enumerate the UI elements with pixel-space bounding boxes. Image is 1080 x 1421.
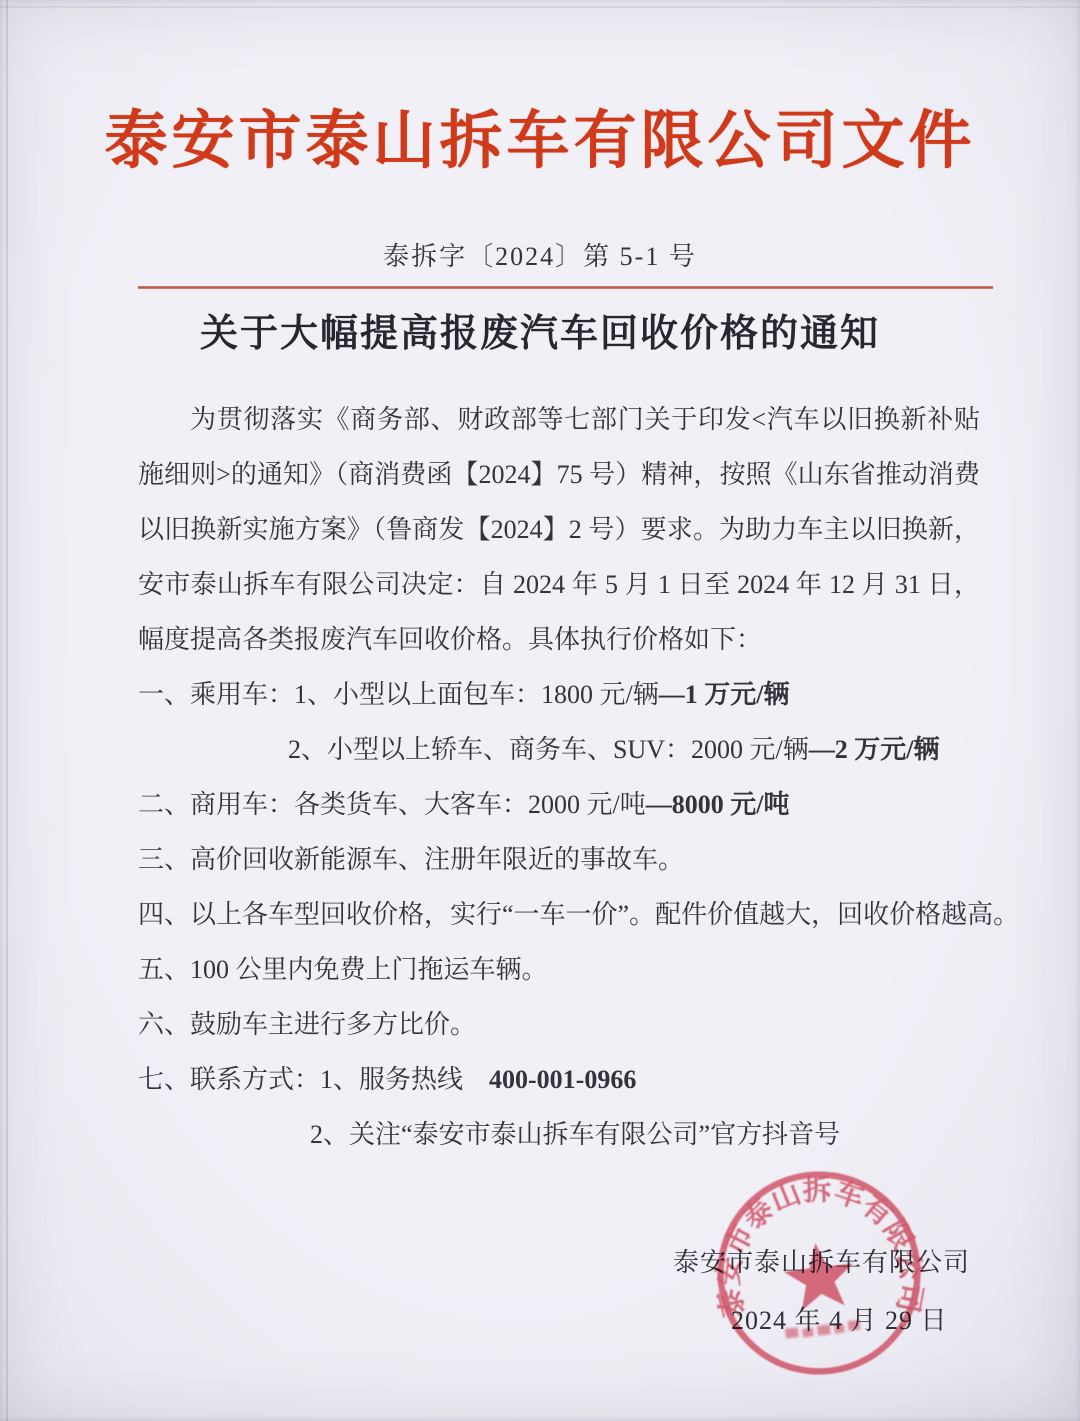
paper-top-edge xyxy=(0,6,1080,8)
red-divider-line xyxy=(138,286,993,289)
list-item-text: 二、商用车：各类货车、大客车：2000 元/吨 xyxy=(138,790,646,819)
paragraph-line-1: 为贯彻落实《商务部、财政部等七部门关于印发<汽车以旧换新补贴实 xyxy=(138,392,980,447)
list-item-free-towing: 五、100 公里内免费上门拖运车辆。 xyxy=(138,942,980,997)
paper-left-edge xyxy=(6,0,8,1421)
company-header-title: 泰安市泰山拆车有限公司文件 xyxy=(0,90,1080,181)
official-seal-stamp-icon: 泰安市泰山拆车有限公司 xyxy=(700,1154,938,1392)
list-item-text: 2、小型以上轿车、商务车、SUV：2000 元/辆 xyxy=(288,735,809,764)
document-number: 泰拆字〔2024〕第 5-1 号 xyxy=(0,236,1080,273)
price-range-bold: —8000 元/吨 xyxy=(646,790,790,819)
list-item-text: 四、以上各车型回收价格，实行“一车一价”。配件价值越大，回收价格越高。 xyxy=(138,900,1019,929)
list-item-text: 一、乘用车：1、小型以上面包车：1800 元/辆 xyxy=(138,680,659,709)
list-item-passenger-cars: 一、乘用车：1、小型以上面包车：1800 元/辆—1 万元/辆 xyxy=(138,667,980,722)
document-page: 泰安市泰山拆车有限公司文件 泰拆字〔2024〕第 5-1 号 关于大幅提高报废汽… xyxy=(0,0,1080,1421)
list-item-text: 三、高价回收新能源车、注册年限近的事故车。 xyxy=(138,845,684,874)
paragraph-line-4: 安市泰山拆车有限公司决定：自 2024 年 5 月 1 日至 2024 年 12… xyxy=(138,557,980,612)
list-item-new-energy: 三、高价回收新能源车、注册年限近的事故车。 xyxy=(138,832,980,887)
hotline-number: 400-001-0966 xyxy=(489,1065,636,1094)
stamp-star-icon xyxy=(781,1239,858,1312)
stamp-code-marks xyxy=(785,1320,861,1340)
paragraph-line-3: 以旧换新实施方案》（鲁商发【2024】2 号）要求。为助力车主以旧换新，泰 xyxy=(138,502,980,557)
list-item-text: 六、鼓励车主进行多方比价。 xyxy=(138,1010,476,1039)
document-body: 为贯彻落实《商务部、财政部等七部门关于印发<汽车以旧换新补贴实 施细则>的通知》… xyxy=(138,392,980,1162)
paragraph-line-2: 施细则>的通知》（商消费函【2024】75 号）精神，按照《山东省推动消费品 xyxy=(138,447,980,502)
paragraph-line-5: 幅度提高各类报废汽车回收价格。具体执行价格如下： xyxy=(138,612,980,667)
list-item-text: 2、关注“泰安市泰山拆车有限公司”官方抖音号 xyxy=(310,1120,840,1149)
price-range-bold: —2 万元/辆 xyxy=(809,735,940,764)
notice-title: 关于大幅提高报废汽车回收价格的通知 xyxy=(0,302,1080,357)
list-item-sedans-suv: 2、小型以上轿车、商务车、SUV：2000 元/辆—2 万元/辆 xyxy=(138,722,980,777)
list-item-one-car-one-price: 四、以上各车型回收价格，实行“一车一价”。配件价值越大，回收价格越高。 xyxy=(138,887,980,942)
price-range-bold: —1 万元/辆 xyxy=(659,680,790,709)
list-item-contact-hotline: 七、联系方式：1、服务热线400-001-0966 xyxy=(138,1052,980,1107)
list-item-text: 五、100 公里内免费上门拖运车辆。 xyxy=(138,955,548,984)
list-item-price-comparison: 六、鼓励车主进行多方比价。 xyxy=(138,997,980,1052)
list-item-douyin-account: 2、关注“泰安市泰山拆车有限公司”官方抖音号 xyxy=(138,1107,980,1162)
list-item-commercial-vehicles: 二、商用车：各类货车、大客车：2000 元/吨—8000 元/吨 xyxy=(138,777,980,832)
list-item-text: 七、联系方式：1、服务热线 xyxy=(138,1065,463,1094)
